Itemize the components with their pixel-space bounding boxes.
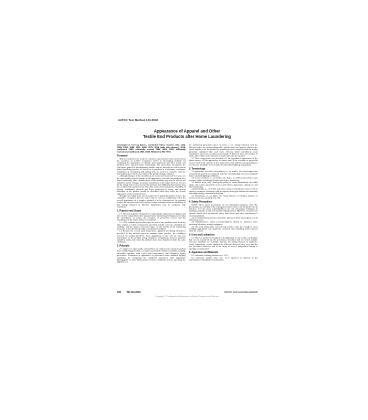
paragraph: Although changes in the smoothness of se…	[117, 175, 186, 195]
paragraph: 2.2 Three rating scales are provided: (1…	[189, 158, 258, 167]
footer-left: 256 TM 143-2018	[117, 291, 141, 294]
paragraph: This test method is the result of extens…	[117, 158, 186, 176]
manual-reference: AATCC Technical Manual/2018	[224, 291, 257, 294]
right-column: the laundering procedures given in Table…	[189, 144, 258, 291]
document-title: Appearance of Apparel and Other Textile …	[100, 129, 274, 140]
paragraph: 1.2 Because the several wash temperature…	[117, 230, 186, 243]
paragraph: 2.1 Apparel or other textile end product…	[117, 248, 186, 263]
page-number: 256	[117, 291, 121, 294]
paragraph: 5.1 This test method is designed to be a…	[189, 237, 258, 250]
method-code: TM 143-2018	[126, 291, 140, 294]
page-content: AATCC Test Method 143-2018 Appearance of…	[0, 0, 368, 420]
left-column: Developed in 1979 by AATCC Committee RA6…	[117, 144, 186, 291]
paragraph: 3.5 smoothness, n.—in fabric, the visual…	[189, 195, 258, 199]
paragraph: Developed in 1979 by AATCC Committee RA6…	[117, 144, 186, 153]
paragraph: 4.3 The wash temperature selected may in…	[189, 226, 258, 233]
page-footer: 256 TM 143-2018 AATCC Technical Manual/2…	[117, 291, 257, 294]
paragraph: Though each rating scale was developed f…	[117, 195, 186, 208]
paragraph: 6.2 Automatic tumble dryer (see 13.1) op…	[189, 257, 258, 261]
paragraph: NOTE: These safety precautions are for i…	[189, 204, 258, 217]
title-line-2: Textile End Products after Home Launderi…	[100, 134, 274, 139]
method-reference: AATCC Test Method 143-2018	[118, 119, 158, 122]
paragraph: the laundering procedures given in Table…	[189, 144, 258, 157]
section-heading: Foreword	[117, 155, 186, 157]
document-page: AATCC Test Method 143-2018 Appearance of…	[0, 0, 368, 420]
copyright-line: Copyright © The American Association of …	[100, 296, 274, 298]
